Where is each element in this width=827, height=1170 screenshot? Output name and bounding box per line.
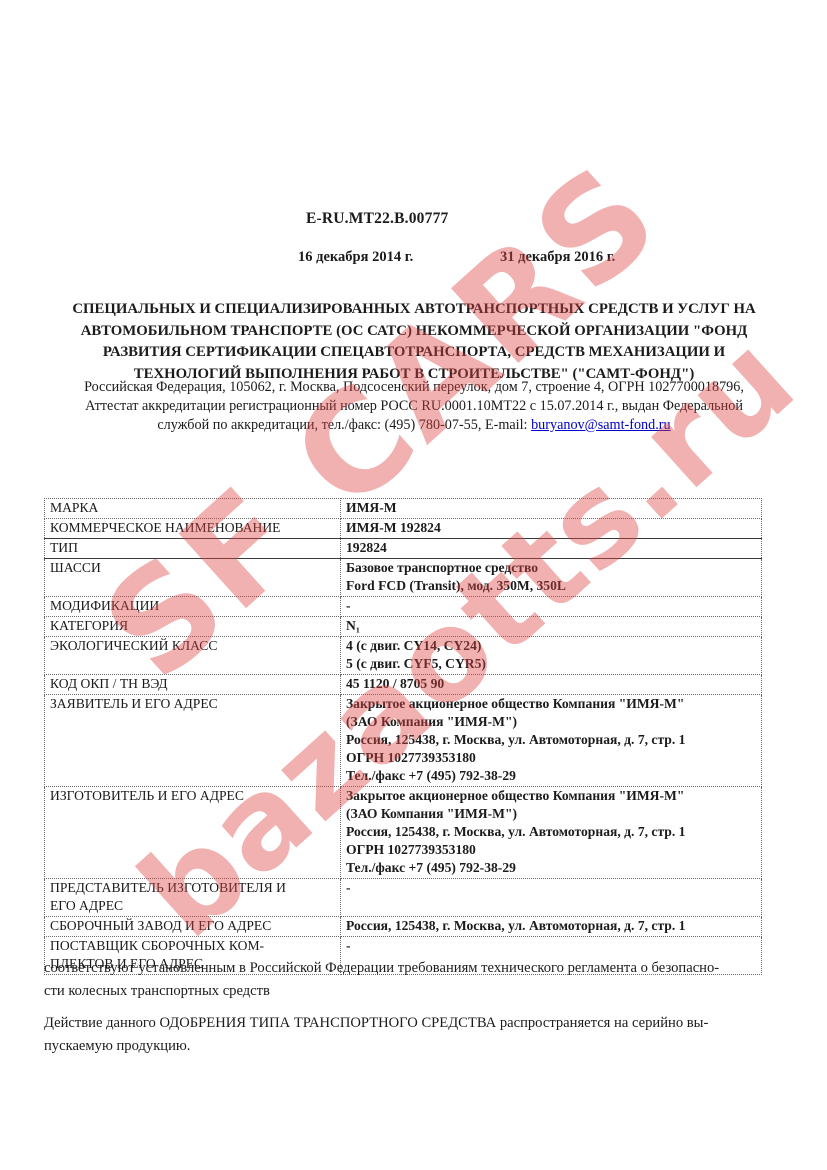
date-issued: 16 декабря 2014 г. (298, 249, 413, 266)
row-label: ТИП (45, 539, 341, 559)
validity-statement: Действие данного ОДОБРЕНИЯ ТИПА ТРАНСПОР… (44, 1012, 790, 1057)
table-row: КОД ОКП / ТН ВЭД45 1120 / 8705 90 (45, 675, 762, 695)
certification-body-contacts: службой по аккредитации, тел./факс: (495… (44, 416, 784, 435)
row-label: ШАССИ (45, 559, 341, 597)
table-row: ИЗГОТОВИТЕЛЬ И ЕГО АДРЕСЗакрытое акционе… (45, 787, 762, 879)
conformity-statement: соответствуют установленным в Российской… (44, 957, 790, 1002)
certification-body-title: СПЕЦИАЛЬНЫХ И СПЕЦИАЛИЗИРОВАННЫХ АВТОТРА… (44, 299, 784, 385)
table-row: ЭКОЛОГИЧЕСКИЙ КЛАСС4 (с двиг. CY14, CY24… (45, 637, 762, 675)
date-expiry: 31 декабря 2016 г. (500, 249, 615, 266)
email-link[interactable]: buryanov@samt-fond.ru (531, 417, 671, 433)
approval-table-body: МАРКАИМЯ-МКОММЕРЧЕСКОЕ НАИМЕНОВАНИЕИМЯ-М… (45, 499, 762, 975)
row-label: ЗАЯВИТЕЛЬ И ЕГО АДРЕС (45, 695, 341, 787)
row-value: - (341, 597, 762, 617)
approval-document-page: E-RU.MT22.B.00777 16 декабря 2014 г. 31 … (0, 0, 827, 1170)
row-label: МАРКА (45, 499, 341, 519)
row-value: ИМЯ-М 192824 (341, 519, 762, 539)
table-row: СБОРОЧНЫЙ ЗАВОД И ЕГО АДРЕСРоссия, 12543… (45, 917, 762, 937)
row-value: Базовое транспортное средство Ford FCD (… (341, 559, 762, 597)
certification-body-address: Российская Федерация, 105062, г. Москва,… (44, 378, 784, 416)
table-row: МАРКАИМЯ-М (45, 499, 762, 519)
row-value: 45 1120 / 8705 90 (341, 675, 762, 695)
row-value: N₁ (341, 617, 762, 637)
contacts-text: службой по аккредитации, тел./факс: (495… (157, 417, 531, 433)
row-value: 192824 (341, 539, 762, 559)
table-row: ПРЕДСТАВИТЕЛЬ ИЗГОТОВИТЕЛЯ И ЕГО АДРЕС- (45, 879, 762, 917)
table-row: КОММЕРЧЕСКОЕ НАИМЕНОВАНИЕИМЯ-М 192824 (45, 519, 762, 539)
row-label: КОММЕРЧЕСКОЕ НАИМЕНОВАНИЕ (45, 519, 341, 539)
row-value: 4 (с двиг. CY14, CY24) 5 (с двиг. CYF5, … (341, 637, 762, 675)
row-label: МОДИФИКАЦИИ (45, 597, 341, 617)
row-value: - (341, 879, 762, 917)
table-row: ШАССИБазовое транспортное средство Ford … (45, 559, 762, 597)
row-label: ПРЕДСТАВИТЕЛЬ ИЗГОТОВИТЕЛЯ И ЕГО АДРЕС (45, 879, 341, 917)
row-label: КОД ОКП / ТН ВЭД (45, 675, 341, 695)
table-row: ТИП192824 (45, 539, 762, 559)
row-label: ЭКОЛОГИЧЕСКИЙ КЛАСС (45, 637, 341, 675)
row-value: Закрытое акционерное общество Компания "… (341, 787, 762, 879)
row-label: КАТЕГОРИЯ (45, 617, 341, 637)
row-label: СБОРОЧНЫЙ ЗАВОД И ЕГО АДРЕС (45, 917, 341, 937)
certificate-number: E-RU.MT22.B.00777 (306, 210, 448, 228)
table-row: ЗАЯВИТЕЛЬ И ЕГО АДРЕСЗакрытое акционерно… (45, 695, 762, 787)
vehicle-approval-table: МАРКАИМЯ-МКОММЕРЧЕСКОЕ НАИМЕНОВАНИЕИМЯ-М… (44, 498, 762, 975)
row-value: Россия, 125438, г. Москва, ул. Автомотор… (341, 917, 762, 937)
row-value: Закрытое акционерное общество Компания "… (341, 695, 762, 787)
row-label: ИЗГОТОВИТЕЛЬ И ЕГО АДРЕС (45, 787, 341, 879)
table-row: МОДИФИКАЦИИ- (45, 597, 762, 617)
row-value: ИМЯ-М (341, 499, 762, 519)
table-row: КАТЕГОРИЯN₁ (45, 617, 762, 637)
